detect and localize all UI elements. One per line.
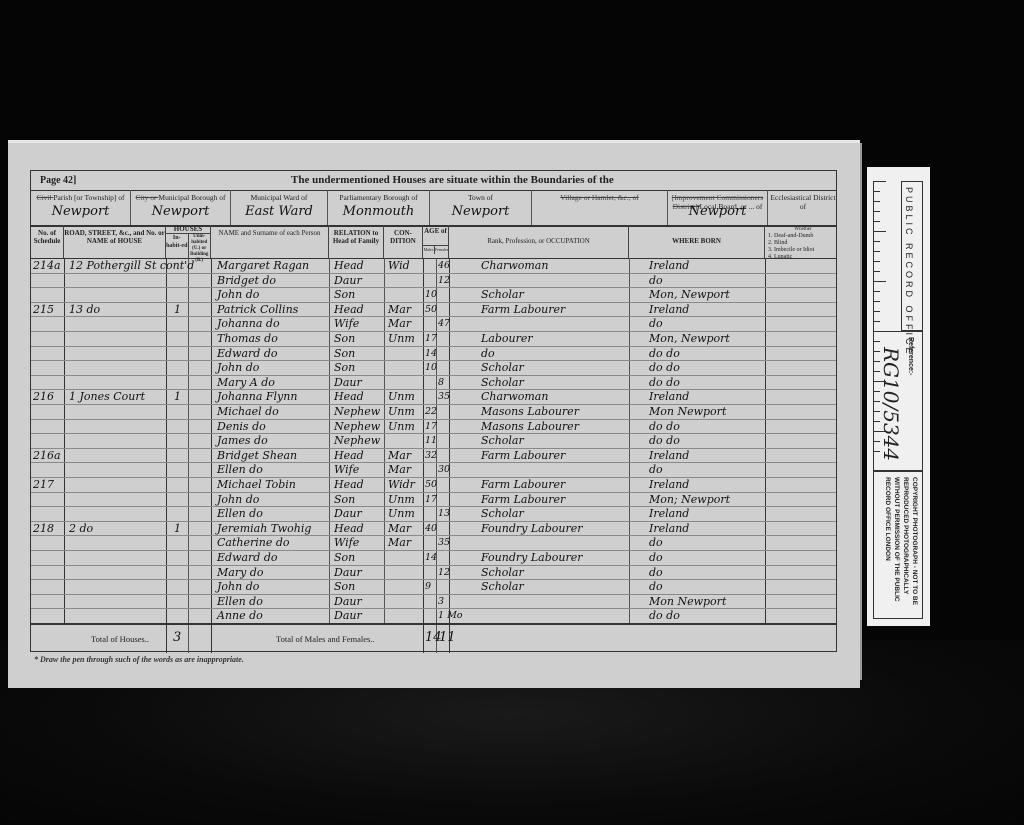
cell-relation: Nephew — [334, 406, 380, 418]
cell-relation: Daur — [334, 508, 362, 520]
ruler-tick — [874, 291, 880, 292]
cell-name: Ellen do — [217, 464, 263, 476]
cell-relation: Daur — [334, 275, 362, 287]
cell-where-born: do — [649, 318, 663, 330]
district-cell: Ecclesiastical District of — [768, 190, 838, 225]
cell-occupation: Farm Labourer — [481, 479, 565, 491]
cell-where-born: do do — [649, 610, 680, 622]
cell-relation: Son — [334, 494, 355, 506]
cell-female-age: 47 — [438, 318, 450, 330]
cell-occupation: Scholar — [481, 508, 524, 520]
cell-name: Mary do — [217, 567, 263, 579]
cell-male-age: 22 — [425, 406, 437, 418]
cell-female-age: 12 — [438, 567, 450, 579]
cell-female-age: 46 — [438, 260, 450, 272]
header-houses: HOUSES In-habit-ed Unin-habited (U.) or … — [166, 225, 211, 258]
table-row: Denis doNephewUnm17Masons Labourerdo do — [31, 420, 836, 435]
cell-relation: Wife — [334, 537, 359, 549]
cell-schedule: 216 — [33, 391, 54, 403]
table-row: 216aBridget SheanHeadMar32Farm LabourerI… — [31, 449, 836, 464]
cell-female-age: 1 Mo — [438, 610, 463, 622]
district-row: Civil Parish [or Township] ofNewportCity… — [31, 190, 836, 227]
cell-where-born: Ireland — [649, 523, 689, 535]
column-header-row: No. of Schedule ROAD, STREET, &c., and N… — [31, 225, 836, 259]
infirmity-item: 1. Deaf-and-Dumb — [768, 233, 838, 240]
reference-label: Reference:- — [907, 337, 914, 376]
district-label: Village or Hamlet, &c., of — [532, 193, 667, 202]
cell-name: John do — [217, 494, 259, 506]
cell-where-born: do — [649, 275, 663, 287]
cell-condition: Unm — [388, 333, 415, 345]
cell-relation: Son — [334, 348, 355, 360]
table-row: Ellen doWifeMar30do — [31, 463, 836, 478]
cell-condition: Unm — [388, 421, 415, 433]
cell-name: Patrick Collins — [217, 304, 298, 316]
cell-relation: Head — [334, 391, 364, 403]
cell-relation: Daur — [334, 377, 362, 389]
cell-female-age: 35 — [438, 537, 450, 549]
cell-name: John do — [217, 581, 259, 593]
cell-male-age: 40 — [425, 523, 437, 535]
cell-condition: Widr — [388, 479, 415, 491]
cell-relation: Head — [334, 260, 364, 272]
cell-relation: Son — [334, 362, 355, 374]
cell-male-age: 11 — [425, 435, 437, 447]
cell-female-age: 8 — [438, 377, 444, 389]
cell-inhabited: 1 — [174, 523, 181, 535]
reference-value: RG10/5344 — [879, 347, 903, 461]
cell-relation: Head — [334, 304, 364, 316]
cell-occupation: Scholar — [481, 435, 524, 447]
district-cell: Civil Parish [or Township] ofNewport — [31, 190, 131, 225]
cell-relation: Wife — [334, 318, 359, 330]
district-cell: [Improvement Commissioners District] Loc… — [668, 190, 768, 225]
ruler-tick — [874, 271, 880, 272]
cell-where-born: Ireland — [649, 304, 689, 316]
cell-where-born: Mon, Newport — [649, 333, 730, 345]
table-row: Michael doNephewUnm22Masons LabourerMon … — [31, 405, 836, 420]
district-value: Newport — [31, 204, 130, 219]
cell-where-born: Mon Newport — [649, 406, 726, 418]
cell-name: Bridget do — [217, 275, 276, 287]
cell-name: Denis do — [217, 421, 266, 433]
cell-relation: Daur — [334, 610, 362, 622]
cell-male-age: 32 — [425, 450, 437, 462]
header-infirmity-title: Whether — [768, 226, 838, 233]
ruler-tick — [874, 221, 880, 222]
cell-where-born: Ireland — [649, 479, 689, 491]
cell-condition: Mar — [388, 450, 411, 462]
cell-relation: Head — [334, 479, 364, 491]
total-persons-label: Total of Males and Females.. — [276, 634, 375, 644]
ruler-tick — [874, 281, 886, 282]
cell-name: James do — [217, 435, 268, 447]
table-row: Mary doDaur12Scholardo — [31, 566, 836, 581]
cell-name: Bridget Shean — [217, 450, 297, 462]
ruler-tick — [874, 321, 880, 322]
header-infirmity: Whether 1. Deaf-and-Dumb 2. Blind 3. Imb… — [765, 225, 838, 258]
cell-relation: Daur — [334, 596, 362, 608]
cell-where-born: do do — [649, 377, 680, 389]
cell-condition: Mar — [388, 318, 411, 330]
cell-female-age: 12 — [438, 275, 450, 287]
district-value: East Ward — [231, 204, 327, 219]
ruler-tick — [874, 191, 880, 192]
cell-road: 12 Pothergill St cont'd — [69, 260, 194, 272]
cell-condition: Mar — [388, 537, 411, 549]
ruler-tick — [874, 211, 880, 212]
cell-occupation: Labourer — [481, 333, 533, 345]
district-label: Parliamentary Borough of — [328, 193, 429, 202]
district-label: Ecclesiastical District of — [768, 193, 838, 211]
cell-relation: Head — [334, 450, 364, 462]
reference-strip: PUBLIC RECORD OFFICE Reference:- RG10/53… — [867, 167, 930, 626]
cell-name: Edward do — [217, 552, 278, 564]
cell-occupation: Masons Labourer — [481, 421, 579, 433]
district-value: Newport — [430, 204, 531, 219]
footnote: * Draw the pen through such of the words… — [34, 655, 244, 664]
table-row: 214a12 Pothergill St cont'dMargaret Raga… — [31, 259, 836, 274]
table-row: Edward doSon14dodo do — [31, 347, 836, 362]
header-schedule: No. of Schedule — [31, 225, 64, 258]
cell-where-born: do — [649, 581, 663, 593]
cell-where-born: do — [649, 537, 663, 549]
table-row: Ellen doDaur3Mon Newport — [31, 595, 836, 610]
cell-name: Johanna do — [217, 318, 280, 330]
cell-male-age: 17 — [425, 333, 437, 345]
cell-where-born: Ireland — [649, 260, 689, 272]
cell-condition: Mar — [388, 304, 411, 316]
cell-relation: Wife — [334, 464, 359, 476]
cell-occupation: Farm Labourer — [481, 450, 565, 462]
cell-name: Mary A do — [217, 377, 275, 389]
district-cell: Town ofNewport — [430, 190, 532, 225]
cell-relation: Nephew — [334, 435, 380, 447]
cell-name: Johanna Flynn — [217, 391, 297, 403]
ruler-tick — [874, 181, 886, 182]
cell-name: John do — [217, 362, 259, 374]
entries-grid: 214a12 Pothergill St cont'dMargaret Raga… — [31, 258, 836, 623]
cell-name: Michael do — [217, 406, 279, 418]
district-cell: Village or Hamlet, &c., of — [532, 190, 668, 225]
cell-schedule: 215 — [33, 304, 54, 316]
cell-where-born: do do — [649, 362, 680, 374]
cell-road: 13 do — [69, 304, 100, 316]
cell-occupation: Foundry Labourer — [481, 523, 582, 535]
table-row: Johanna doWifeMar47do — [31, 317, 836, 332]
cell-where-born: Ireland — [649, 391, 689, 403]
cell-relation: Son — [334, 333, 355, 345]
ruler-tick — [874, 251, 880, 252]
cell-relation: Son — [334, 552, 355, 564]
cell-male-age: 9 — [425, 581, 431, 593]
table-row: 2182 do1Jeremiah TwohigHeadMar40Foundry … — [31, 522, 836, 537]
cell-condition: Unm — [388, 406, 415, 418]
cell-where-born: do — [649, 567, 663, 579]
cell-female-age: 13 — [438, 508, 450, 520]
header-name: NAME and Surname of each Person — [211, 225, 329, 258]
ruler-tick — [874, 201, 880, 202]
cell-schedule: 216a — [33, 450, 61, 462]
table-row: Ellen doDaurUnm13ScholarIreland — [31, 507, 836, 522]
district-label: City or Municipal Borough of — [131, 193, 230, 202]
page-number: Page 42] — [40, 175, 76, 186]
cell-occupation: Charwoman — [481, 391, 548, 403]
table-row: John doSon10ScholarMon, Newport — [31, 288, 836, 303]
table-row: John doSon9Scholardo — [31, 580, 836, 595]
table-row: Catherine doWifeMar35do — [31, 536, 836, 551]
ruler-tick — [874, 301, 880, 302]
total-females-value: 11 — [439, 630, 456, 645]
cell-where-born: Mon; Newport — [649, 494, 730, 506]
cell-male-age: 14 — [425, 348, 437, 360]
cell-where-born: Mon, Newport — [649, 289, 730, 301]
header-age-label: AGE of — [423, 227, 448, 235]
cell-name: Anne do — [217, 610, 263, 622]
cell-where-born: do do — [649, 348, 680, 360]
copyright-text: COPYRIGHT PHOTOGRAPH - NOT TO BE REPRODU… — [877, 477, 919, 617]
table-row: Bridget doDaur12do — [31, 274, 836, 289]
cell-occupation: Scholar — [481, 289, 524, 301]
cell-male-age: 50 — [425, 479, 437, 491]
cell-name: John do — [217, 289, 259, 301]
table-row: Thomas doSonUnm17LabourerMon, Newport — [31, 332, 836, 347]
cell-female-age: 35 — [438, 391, 450, 403]
cell-occupation: Farm Labourer — [481, 304, 565, 316]
cell-male-age: 17 — [425, 421, 437, 433]
cell-occupation: Scholar — [481, 362, 524, 374]
header-age-females: Females — [435, 246, 448, 254]
cell-male-age: 14 — [425, 552, 437, 564]
cell-male-age: 10 — [425, 289, 437, 301]
cell-name: Ellen do — [217, 508, 263, 520]
table-row: John doSon10Scholardo do — [31, 361, 836, 376]
district-cell: City or Municipal Borough ofNewport — [131, 190, 231, 225]
header-houses-label: HOUSES — [166, 225, 210, 234]
cell-name: Thomas do — [217, 333, 278, 345]
cell-occupation: Scholar — [481, 581, 524, 593]
district-label: Town of — [430, 193, 531, 202]
form-title: The undermentioned Houses are situate wi… — [291, 174, 614, 186]
cell-where-born: do — [649, 464, 663, 476]
ruler-tick — [874, 261, 880, 262]
cell-name: Margaret Ragan — [217, 260, 309, 272]
header-age-males: Males — [423, 246, 435, 254]
total-houses-label: Total of Houses.. — [91, 634, 149, 644]
total-houses-value: 3 — [173, 630, 181, 645]
cell-female-age: 30 — [438, 464, 450, 476]
table-row: John doSonUnm17Farm LabourerMon; Newport — [31, 493, 836, 508]
cell-relation: Son — [334, 581, 355, 593]
title-row: Page 42] The undermentioned Houses are s… — [31, 171, 836, 191]
cell-condition: Mar — [388, 464, 411, 476]
district-value: Newport — [131, 204, 230, 219]
header-relation: RELATION to Head of Family — [329, 225, 384, 258]
header-where-born: WHERE BORN — [629, 225, 765, 258]
cell-condition: Unm — [388, 508, 415, 520]
district-label: Municipal Ward of — [231, 193, 327, 202]
table-row: Edward doSon14Foundry Labourerdo — [31, 551, 836, 566]
district-value: Monmouth — [328, 204, 429, 219]
ruler-tick — [874, 241, 880, 242]
cell-relation: Daur — [334, 567, 362, 579]
cell-male-age: 50 — [425, 304, 437, 316]
cell-name: Catherine do — [217, 537, 290, 549]
cell-schedule: 218 — [33, 523, 54, 535]
cell-schedule: 214a — [33, 260, 61, 272]
cell-where-born: Ireland — [649, 508, 689, 520]
cell-inhabited: 1 — [174, 391, 181, 403]
cell-inhabited: 1 — [174, 304, 181, 316]
cell-where-born: do do — [649, 435, 680, 447]
cell-female-age: 3 — [438, 596, 444, 608]
cell-where-born: do — [649, 552, 663, 564]
cell-where-born: Ireland — [649, 450, 689, 462]
cell-name: Michael Tobin — [217, 479, 296, 491]
district-cell: Municipal Ward ofEast Ward — [231, 190, 328, 225]
ruler-tick — [874, 231, 886, 232]
cell-occupation: Masons Labourer — [481, 406, 579, 418]
cell-relation: Nephew — [334, 421, 380, 433]
cell-condition: Unm — [388, 494, 415, 506]
table-row: 217Michael TobinHeadWidr50Farm LabourerI… — [31, 478, 836, 493]
header-occupation: Rank, Profession, or OCCUPATION — [449, 225, 629, 258]
ruler-tick — [874, 311, 880, 312]
cell-male-age: 10 — [425, 362, 437, 374]
infirmity-item: 3. Imbecile or Idiot — [768, 247, 838, 254]
cell-name: Ellen do — [217, 596, 263, 608]
totals-row: Total of Houses.. 3 Total of Males and F… — [31, 623, 836, 653]
cell-condition: Mar — [388, 523, 411, 535]
cell-condition: Wid — [388, 260, 410, 272]
cell-occupation: Scholar — [481, 567, 524, 579]
census-form: Page 42] The undermentioned Houses are s… — [30, 170, 837, 652]
district-cell: Parliamentary Borough ofMonmouth — [328, 190, 430, 225]
table-row: Mary A doDaur8Scholardo do — [31, 376, 836, 391]
cell-occupation: Scholar — [481, 377, 524, 389]
cell-occupation: do — [481, 348, 495, 360]
table-row: 21513 do1Patrick CollinsHeadMar50Farm La… — [31, 303, 836, 318]
infirmity-item: 2. Blind — [768, 240, 838, 247]
header-age: AGE of Males Females — [423, 225, 449, 258]
cell-name: Edward do — [217, 348, 278, 360]
district-label: Civil Parish [or Township] of — [31, 193, 130, 202]
header-condition: CON-DITION — [384, 225, 423, 258]
cell-name: Jeremiah Twohig — [217, 523, 311, 535]
district-value: Newport — [668, 204, 767, 219]
cell-relation: Head — [334, 523, 364, 535]
cell-occupation: Foundry Labourer — [481, 552, 582, 564]
cell-relation: Son — [334, 289, 355, 301]
cell-where-born: do do — [649, 421, 680, 433]
cell-road: 2 do — [69, 523, 93, 535]
cell-condition: Unm — [388, 391, 415, 403]
cell-road: 1 Jones Court — [69, 391, 145, 403]
header-road: ROAD, STREET, &c., and No. or NAME of HO… — [64, 225, 166, 258]
cell-male-age: 17 — [425, 494, 437, 506]
cell-occupation: Charwoman — [481, 260, 548, 272]
table-row: Anne doDaur1 Modo do — [31, 609, 836, 624]
table-row: 2161 Jones Court1Johanna FlynnHeadUnm35C… — [31, 390, 836, 405]
table-row: James doNephew11Scholardo do — [31, 434, 836, 449]
cell-where-born: Mon Newport — [649, 596, 726, 608]
cell-schedule: 217 — [33, 479, 54, 491]
cell-occupation: Farm Labourer — [481, 494, 565, 506]
